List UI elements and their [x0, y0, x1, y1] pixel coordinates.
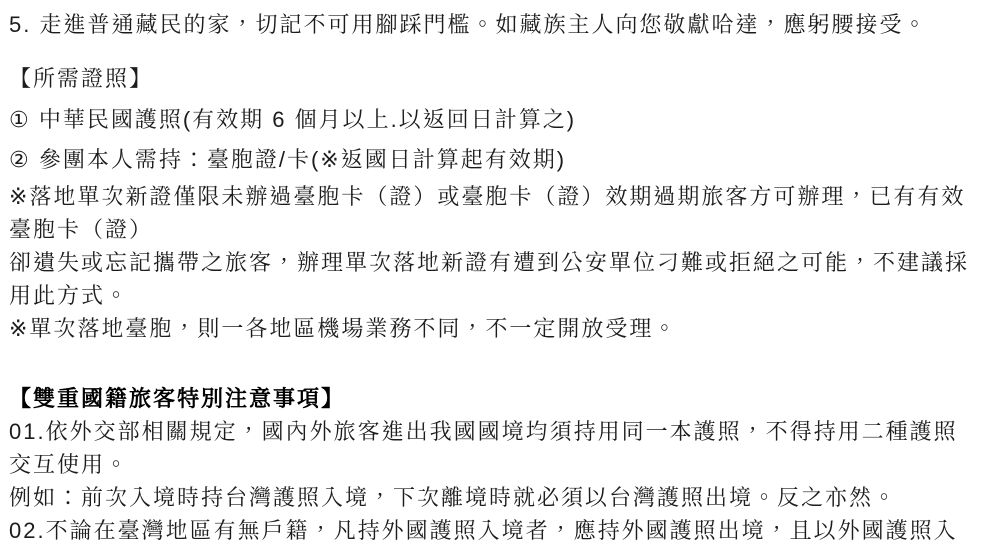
required-documents-item-2: ② 參團本人需持：臺胞證/卡(※返國日計算起有效期): [9, 143, 992, 176]
landing-permit-note-line-4: 用此方式。: [9, 279, 992, 312]
dual-nationality-item-01-line-2: 交互使用。: [9, 448, 992, 481]
dual-nationality-heading: 【雙重國籍旅客特別注意事項】: [9, 382, 992, 415]
tibetan-etiquette-item-5: 5. 走進普通藏民的家，切記不可用腳踩門檻。如藏族主人向您敬獻哈達，應躬腰接受。: [9, 8, 992, 41]
required-documents-item-1: ① 中華民國護照(有效期 6 個月以上.以返回日計算之): [9, 103, 992, 136]
landing-permit-note-line-3: 卻遺失或忘記攜帶之旅客，辦理單次落地新證有遭到公安單位刁難或拒絕之可能，不建議採: [9, 246, 992, 279]
blank-line: [9, 41, 992, 62]
landing-permit-note-line-2: 臺胞卡（證）: [9, 213, 992, 246]
blank-line: [9, 345, 992, 382]
required-documents-heading: 【所需證照】: [9, 62, 992, 95]
travel-notice-document: 5. 走進普通藏民的家，切記不可用腳踩門檻。如藏族主人向您敬獻哈達，應躬腰接受。…: [0, 0, 1001, 547]
landing-permit-note-line-1: ※落地單次新證僅限未辦過臺胞卡（證）或臺胞卡（證）效期過期旅客方可辦理，已有有效: [9, 180, 992, 213]
dual-nationality-item-01-example: 例如：前次入境時持台灣護照入境，下次離境時就必須以台灣護照出境。反之亦然。: [9, 481, 992, 514]
dual-nationality-item-02-line-1: 02.不論在臺灣地區有無戶籍，凡持外國護照入境者，應持外國護照出境，且以外國護照…: [9, 514, 992, 547]
single-landing-permit-note: ※單次落地臺胞，則一各地區機場業務不同，不一定開放受理。: [9, 312, 992, 345]
dual-nationality-item-01-line-1: 01.依外交部相關規定，國內外旅客進出我國國境均須持用同一本護照，不得持用二種護…: [9, 415, 992, 448]
